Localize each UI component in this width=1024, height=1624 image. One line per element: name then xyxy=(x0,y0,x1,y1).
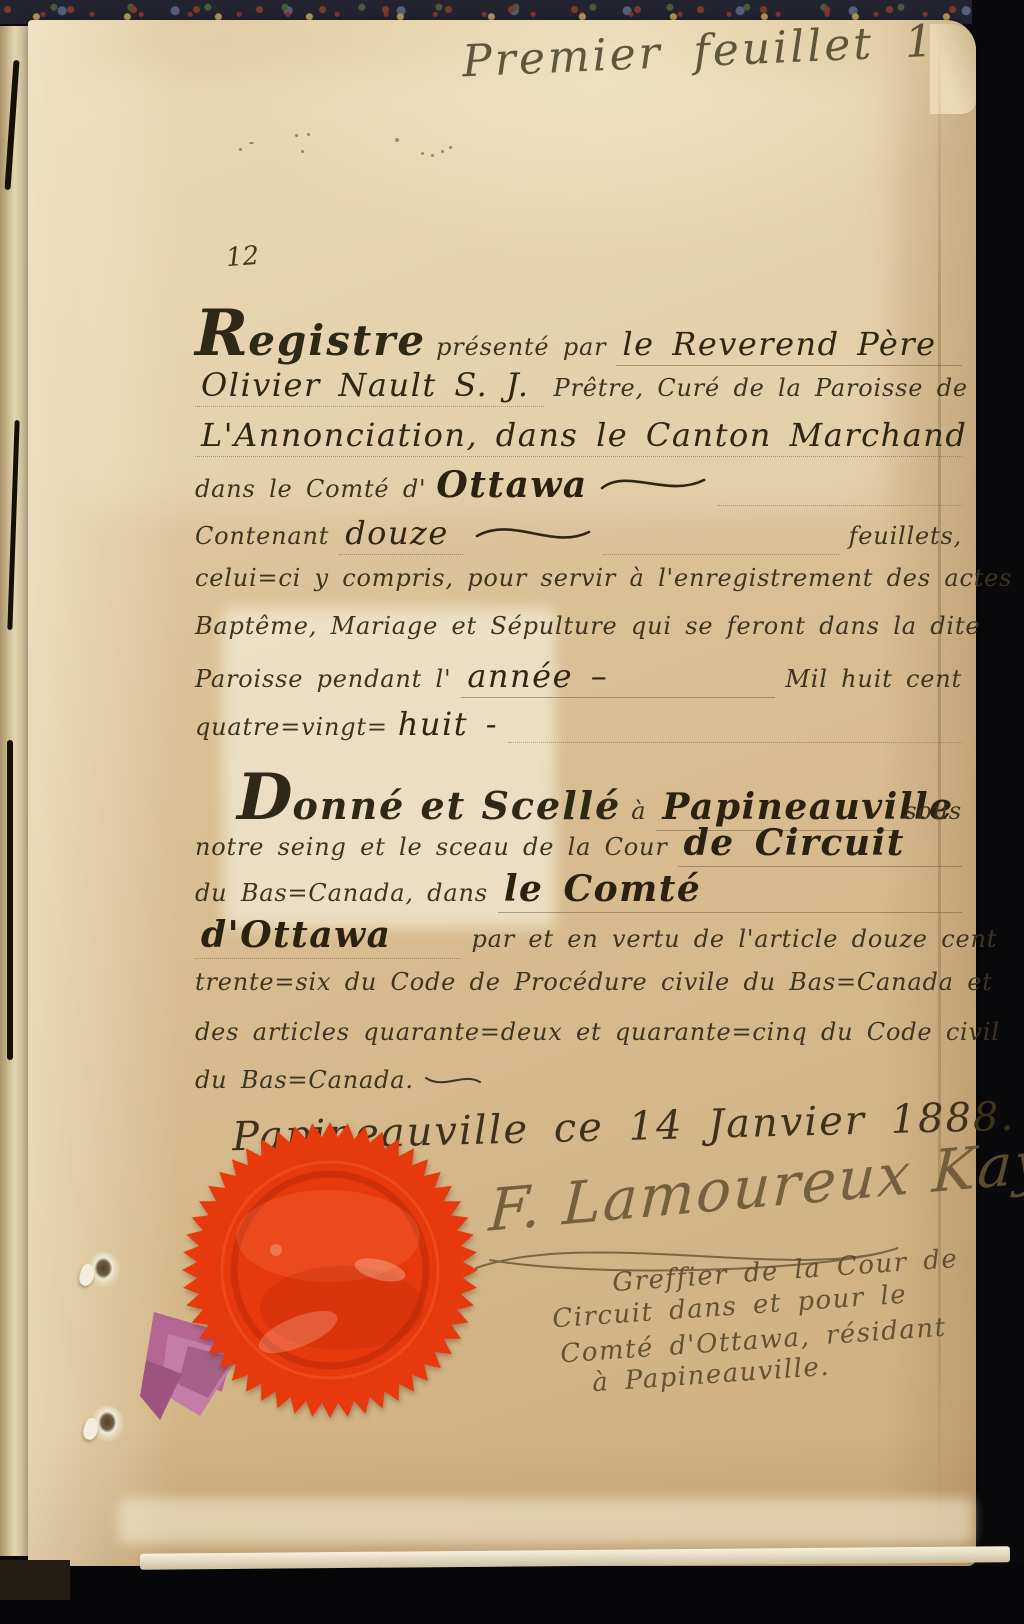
pen-flourish xyxy=(473,524,593,546)
form-line-6: celui=ci y compris, pour servir à l'enre… xyxy=(195,564,962,592)
printed-segment: notre seing et le sceau de la Cour xyxy=(195,833,668,861)
background-bottom xyxy=(0,1566,1024,1624)
printed-segment: des articles quarante=deux et quarante=c… xyxy=(195,1018,1000,1046)
printed-segment: Mil huit cent xyxy=(785,665,962,693)
pen-flourish xyxy=(598,474,708,496)
binding-crack xyxy=(7,740,13,1060)
form-line-11: notre seing et le sceau de la Cour de Ci… xyxy=(195,822,962,867)
handwritten-entry: année – xyxy=(461,657,775,698)
blank-rule xyxy=(603,514,839,555)
handwritten-entry: L'Annonciation, dans le Canton Marchand xyxy=(195,416,962,457)
punch-hole xyxy=(88,1252,120,1288)
form-line-13: d'Ottawa par et en vertu de l'article do… xyxy=(195,914,962,959)
handwritten-entry: Ottawa xyxy=(436,464,587,506)
form-line-8: Paroisse pendant l' année – Mil huit cen… xyxy=(195,657,962,698)
registre-word: Registre xyxy=(195,296,426,371)
punch-hole xyxy=(92,1406,124,1442)
scanned-register-page: { "header": { "page_label": "Premier feu… xyxy=(0,0,1024,1624)
printed-segment: présenté par xyxy=(436,333,606,361)
form-line-1: Registre présenté par le Reverend Père xyxy=(195,296,962,371)
page-corner-curl xyxy=(930,24,976,114)
blank-rule xyxy=(718,464,962,506)
handwritten-entry: le Comté xyxy=(498,868,962,913)
form-line-15: des articles quarante=deux et quarante=c… xyxy=(195,1018,962,1046)
background-right xyxy=(972,0,1024,1624)
printed-segment: du Bas=Canada. xyxy=(195,1066,414,1094)
handwritten-entry: de Circuit xyxy=(678,822,962,867)
form-line-14: trente=six du Code de Procédure civile d… xyxy=(195,968,962,996)
handwritten-entry: Olivier Nault S. J. xyxy=(195,366,544,407)
background-bottom-left xyxy=(0,1560,70,1600)
handwritten-entry: d'Ottawa xyxy=(195,914,461,959)
pen-flourish xyxy=(424,1070,484,1090)
form-line-9: quatre=vingt= huit - xyxy=(195,705,962,743)
handwritten-entry: douze xyxy=(339,514,463,555)
form-line-16: du Bas=Canada. xyxy=(195,1066,962,1094)
red-wax-seal xyxy=(180,1120,480,1420)
printed-segment: Baptême, Mariage et Sépulture qui se fer… xyxy=(195,612,980,640)
handwritten-entry: huit - xyxy=(398,705,498,743)
margin-number: 12 xyxy=(225,241,260,273)
printed-segment: Prêtre, Curé de la Paroisse de xyxy=(554,374,968,402)
erased-pencil-marks xyxy=(235,128,505,158)
printed-segment: feuillets, xyxy=(849,522,962,550)
printed-segment: quatre=vingt= xyxy=(195,713,388,741)
blank-rule xyxy=(508,705,962,743)
form-line-5: Contenant douze feuillets, xyxy=(195,514,962,555)
handwritten-entry: le Reverend Père xyxy=(616,325,962,366)
printed-segment: Paroisse pendant l' xyxy=(195,665,451,693)
form-line-3: L'Annonciation, dans le Canton Marchand xyxy=(195,416,962,457)
printed-segment: Contenant xyxy=(195,522,329,550)
printed-segment: à xyxy=(631,797,646,825)
printed-segment: du Bas=Canada, dans xyxy=(195,879,488,907)
form-line-7: Baptême, Mariage et Sépulture qui se fer… xyxy=(195,612,962,640)
printed-segment: dans le Comté d' xyxy=(195,475,426,503)
form-line-4: dans le Comté d' Ottawa xyxy=(195,464,962,506)
printed-segment: celui=ci y compris, pour servir à l'enre… xyxy=(195,564,1024,592)
printed-segment: sous xyxy=(904,797,962,825)
printed-segment: par et en vertu de l'article douze cent xyxy=(471,925,997,953)
form-line-12: du Bas=Canada, dans le Comté xyxy=(195,868,962,913)
form-line-2: Olivier Nault S. J. Prêtre, Curé de la P… xyxy=(195,366,962,407)
printed-segment: trente=six du Code de Procédure civile d… xyxy=(195,968,993,996)
